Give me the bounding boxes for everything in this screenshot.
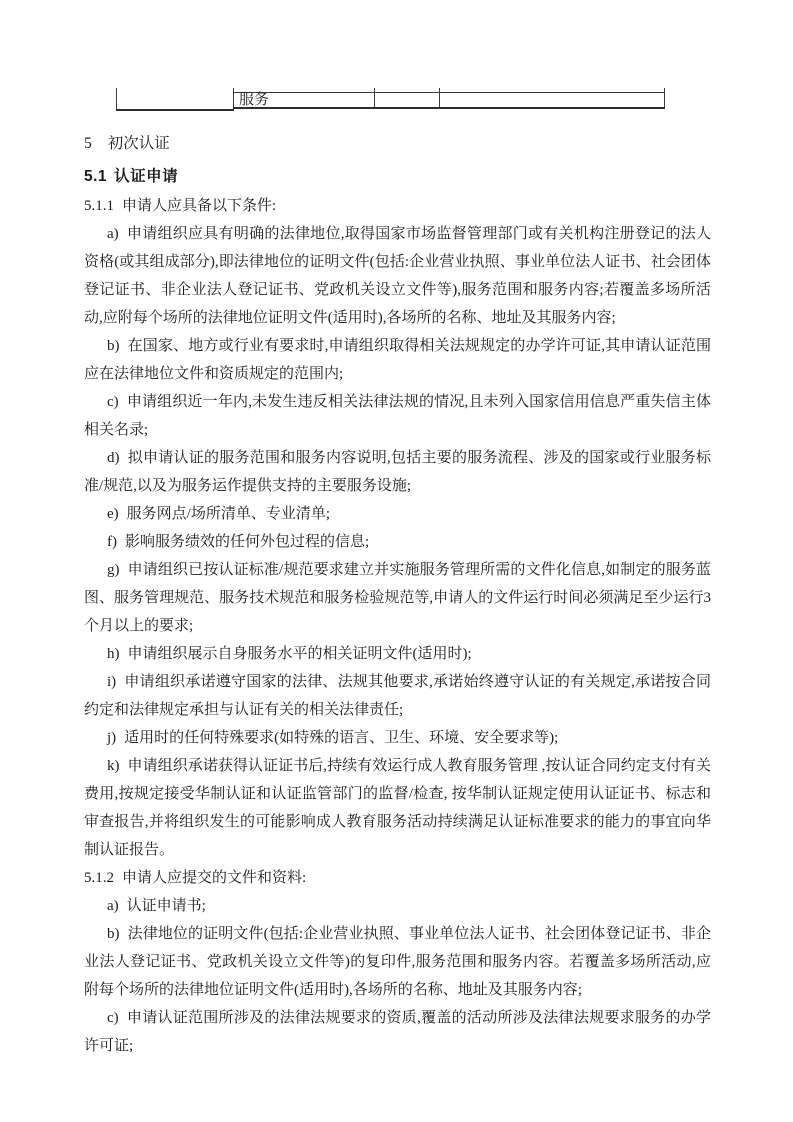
item-label: b)	[107, 338, 120, 354]
item-text: 拟申请认证的服务范围和服务内容说明,包括主要的服务流程、涉及的国家或行业服务标准…	[84, 450, 711, 494]
clause-text: 申请人应具备以下条件:	[122, 198, 276, 214]
item-5-1-1-d: d)拟申请认证的服务范围和服务内容说明,包括主要的服务流程、涉及的国家或行业服务…	[84, 444, 711, 500]
section-5-heading: 5初次认证	[84, 130, 711, 158]
item-5-1-1-f: f)影响服务绩效的任何外包过程的信息;	[84, 528, 711, 556]
item-label: g)	[107, 562, 120, 578]
item-5-1-2-a: a)认证申请书;	[84, 892, 711, 920]
item-label: b)	[107, 926, 120, 942]
clause-5-1-2: 5.1.2申请人应提交的文件和资料:	[84, 864, 711, 892]
item-text: 在国家、地方或行业有要求时,申请组织取得相关法规规定的办学许可证,其申请认证范围…	[84, 338, 711, 382]
item-5-1-1-b: b)在国家、地方或行业有要求时,申请组织取得相关法规规定的办学许可证,其申请认证…	[84, 332, 711, 388]
item-text: 申请认证范围所涉及的法律法规要求的资质,覆盖的活动所涉及法律法规要求服务的办学许…	[84, 1010, 711, 1054]
item-5-1-1-a: a)申请组织应具有明确的法律地位,取得国家市场监督管理部门或有关机构注册登记的法…	[84, 220, 711, 332]
item-label: a)	[107, 898, 119, 914]
item-label: i)	[107, 674, 116, 690]
section-title: 认证申请	[114, 168, 178, 185]
clause-number: 5.1.1	[84, 198, 114, 214]
item-5-1-1-j: j)适用时的任何特殊要求(如特殊的语言、卫生、环境、安全要求等);	[84, 724, 711, 752]
item-text: 法律地位的证明文件(包括:企业营业执照、事业单位法人证书、社会团体登记证书、非企…	[84, 926, 711, 998]
item-label: c)	[107, 394, 119, 410]
item-text: 申请组织近一年内,未发生违反相关法律法规的情况,且未列入国家信用信息严重失信主体…	[84, 394, 711, 438]
item-5-1-2-c: c)申请认证范围所涉及的法律法规要求的资质,覆盖的活动所涉及法律法规要求服务的办…	[84, 1004, 711, 1060]
item-text: 申请组织应具有明确的法律地位,取得国家市场监督管理部门或有关机构注册登记的法人资…	[84, 226, 711, 326]
item-5-1-1-e: e)服务网点/场所清单、专业清单;	[84, 500, 711, 528]
item-text: 服务网点/场所清单、专业清单;	[127, 506, 330, 522]
section-5-1-heading: 5.1认证申请	[84, 163, 711, 191]
item-5-1-1-c: c)申请组织近一年内,未发生违反相关法律法规的情况,且未列入国家信用信息严重失信…	[84, 388, 711, 444]
section-number: 5.1	[84, 168, 107, 185]
item-text: 申请组织已按认证标准/规范要求建立并实施服务管理所需的文件化信息,如制定的服务蓝…	[84, 562, 711, 634]
item-label: a)	[107, 226, 119, 242]
item-label: c)	[107, 1010, 119, 1026]
item-label: j)	[107, 730, 116, 746]
clause-text: 申请人应提交的文件和资料:	[122, 870, 306, 886]
item-5-1-1-h: h)申请组织展示自身服务水平的相关证明文件(适用时);	[84, 640, 711, 668]
clause-number: 5.1.2	[84, 870, 114, 886]
item-text: 影响服务绩效的任何外包过程的信息;	[125, 534, 369, 550]
clause-5-1-1: 5.1.1申请人应具备以下条件:	[84, 192, 711, 220]
item-label: k)	[107, 758, 120, 774]
item-label: h)	[107, 646, 120, 662]
item-text: 认证申请书;	[127, 898, 206, 914]
item-label: d)	[107, 450, 120, 466]
item-label: f)	[107, 534, 117, 550]
item-label: e)	[107, 506, 119, 522]
item-5-1-2-b: b)法律地位的证明文件(包括:企业营业执照、事业单位法人证书、社会团体登记证书、…	[84, 920, 711, 1004]
item-text: 适用时的任何特殊要求(如特殊的语言、卫生、环境、安全要求等);	[124, 730, 558, 746]
section-title: 初次认证	[108, 135, 170, 152]
item-5-1-1-i: i)申请组织承诺遵守国家的法律、法规其他要求,承诺始终遵守认证的有关规定,承诺按…	[84, 668, 711, 724]
item-text: 申请组织展示自身服务水平的相关证明文件(适用时);	[128, 646, 472, 662]
document-body: 5初次认证 5.1认证申请 5.1.1申请人应具备以下条件: a)申请组织应具有…	[84, 0, 711, 1060]
item-5-1-1-k: k)申请组织承诺获得认证证书后,持续有效运行成人教育服务管理 ,按认证合同约定支…	[84, 752, 711, 864]
document-page: 服务 5初次认证 5.1认证申请 5.1.1申请人应具备以下条件: a)申请组织…	[0, 0, 793, 1122]
item-text: 申请组织承诺获得认证证书后,持续有效运行成人教育服务管理 ,按认证合同约定支付有…	[84, 758, 711, 858]
item-5-1-1-g: g)申请组织已按认证标准/规范要求建立并实施服务管理所需的文件化信息,如制定的服…	[84, 556, 711, 640]
item-text: 申请组织承诺遵守国家的法律、法规其他要求,承诺始终遵守认证的有关规定,承诺按合同…	[84, 674, 711, 718]
section-number: 5	[84, 135, 92, 152]
